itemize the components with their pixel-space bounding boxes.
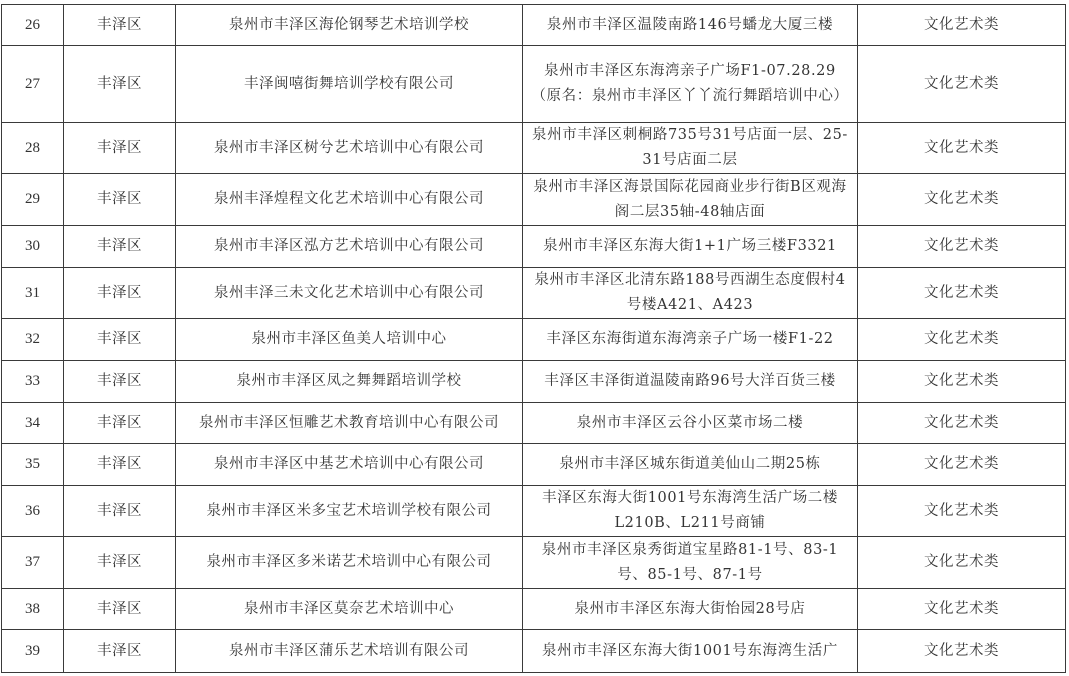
address-cell: 泉州市丰泽区刺桐路735号31号店面一层、25-31号店面二层 <box>523 123 858 174</box>
category-cell: 文化艺术类 <box>858 5 1066 46</box>
district-cell: 丰泽区 <box>64 403 176 444</box>
table-row: 39 丰泽区 泉州市丰泽区蒲乐艺术培训有限公司 泉州市丰泽区东海大街1001号东… <box>2 630 1066 673</box>
row-number-cell: 33 <box>2 361 64 403</box>
table-row: 28 丰泽区 泉州市丰泽区树兮艺术培训中心有限公司 泉州市丰泽区刺桐路735号3… <box>2 123 1066 174</box>
table-row: 35 丰泽区 泉州市丰泽区中基艺术培训中心有限公司 泉州市丰泽区城东街道美仙山二… <box>2 444 1066 486</box>
category-cell: 文化艺术类 <box>858 361 1066 403</box>
category-cell: 文化艺术类 <box>858 403 1066 444</box>
institution-name-cell: 泉州市丰泽区蒲乐艺术培训有限公司 <box>176 630 523 673</box>
table-row: 30 丰泽区 泉州市丰泽区泓方艺术培训中心有限公司 泉州市丰泽区东海大街1+1广… <box>2 226 1066 268</box>
row-number-cell: 39 <box>2 630 64 673</box>
row-number-cell: 37 <box>2 537 64 589</box>
institution-name-cell: 泉州市丰泽区米多宝艺术培训学校有限公司 <box>176 486 523 537</box>
institution-name-cell: 泉州市丰泽区莫奈艺术培训中心 <box>176 589 523 630</box>
address-cell: 泉州市丰泽区北清东路188号西湖生态度假村4号楼A421、A423 <box>523 268 858 319</box>
category-cell: 文化艺术类 <box>858 123 1066 174</box>
table-row: 26 丰泽区 泉州市丰泽区海伦钢琴艺术培训学校 泉州市丰泽区温陵南路146号蟠龙… <box>2 5 1066 46</box>
row-number-cell: 34 <box>2 403 64 444</box>
district-cell: 丰泽区 <box>64 5 176 46</box>
address-cell: 泉州市丰泽区泉秀街道宝星路81-1号、83-1号、85-1号、87-1号 <box>523 537 858 589</box>
address-cell: 泉州市丰泽区东海湾亲子广场F1-07.28.29（原名：泉州市丰泽区丫丫流行舞蹈… <box>523 46 858 123</box>
address-cell: 丰泽区丰泽街道温陵南路96号大洋百货三楼 <box>523 361 858 403</box>
district-cell: 丰泽区 <box>64 46 176 123</box>
category-cell: 文化艺术类 <box>858 486 1066 537</box>
row-number-cell: 36 <box>2 486 64 537</box>
district-cell: 丰泽区 <box>64 174 176 226</box>
table-row: 33 丰泽区 泉州市丰泽区凤之舞舞蹈培训学校 丰泽区丰泽街道温陵南路96号大洋百… <box>2 361 1066 403</box>
category-cell: 文化艺术类 <box>858 444 1066 486</box>
row-number-cell: 35 <box>2 444 64 486</box>
institution-name-cell: 泉州市丰泽区凤之舞舞蹈培训学校 <box>176 361 523 403</box>
address-cell: 泉州市丰泽区温陵南路146号蟠龙大厦三楼 <box>523 5 858 46</box>
institution-name-cell: 泉州丰泽三未文化艺术培训中心有限公司 <box>176 268 523 319</box>
institution-name-cell: 泉州市丰泽区中基艺术培训中心有限公司 <box>176 444 523 486</box>
institution-name-cell: 泉州市丰泽区泓方艺术培训中心有限公司 <box>176 226 523 268</box>
category-cell: 文化艺术类 <box>858 46 1066 123</box>
address-cell: 泉州市丰泽区城东街道美仙山二期25栋 <box>523 444 858 486</box>
address-cell: 丰泽区东海街道东海湾亲子广场一楼F1-22 <box>523 319 858 361</box>
row-number-cell: 27 <box>2 46 64 123</box>
institution-name-cell: 丰泽闽嘻街舞培训学校有限公司 <box>176 46 523 123</box>
institution-name-cell: 泉州市丰泽区树兮艺术培训中心有限公司 <box>176 123 523 174</box>
table-body: 26 丰泽区 泉州市丰泽区海伦钢琴艺术培训学校 泉州市丰泽区温陵南路146号蟠龙… <box>2 5 1066 673</box>
category-cell: 文化艺术类 <box>858 319 1066 361</box>
district-cell: 丰泽区 <box>64 268 176 319</box>
address-cell: 泉州市丰泽区东海大街怡园28号店 <box>523 589 858 630</box>
district-cell: 丰泽区 <box>64 361 176 403</box>
address-cell: 泉州市丰泽区东海大街1+1广场三楼F3321 <box>523 226 858 268</box>
row-number-cell: 28 <box>2 123 64 174</box>
institution-name-cell: 泉州市丰泽区鱼美人培训中心 <box>176 319 523 361</box>
district-cell: 丰泽区 <box>64 123 176 174</box>
address-cell: 泉州市丰泽区云谷小区菜市场二楼 <box>523 403 858 444</box>
district-cell: 丰泽区 <box>64 226 176 268</box>
institution-name-cell: 泉州市丰泽区恒雕艺术教育培训中心有限公司 <box>176 403 523 444</box>
institution-name-cell: 泉州市丰泽区海伦钢琴艺术培训学校 <box>176 5 523 46</box>
table-row: 29 丰泽区 泉州丰泽煌程文化艺术培训中心有限公司 泉州市丰泽区海景国际花园商业… <box>2 174 1066 226</box>
table-row: 27 丰泽区 丰泽闽嘻街舞培训学校有限公司 泉州市丰泽区东海湾亲子广场F1-07… <box>2 46 1066 123</box>
row-number-cell: 38 <box>2 589 64 630</box>
category-cell: 文化艺术类 <box>858 589 1066 630</box>
district-cell: 丰泽区 <box>64 630 176 673</box>
table-row: 37 丰泽区 泉州市丰泽区多米诺艺术培训中心有限公司 泉州市丰泽区泉秀街道宝星路… <box>2 537 1066 589</box>
row-number-cell: 32 <box>2 319 64 361</box>
district-cell: 丰泽区 <box>64 444 176 486</box>
institution-table: 26 丰泽区 泉州市丰泽区海伦钢琴艺术培训学校 泉州市丰泽区温陵南路146号蟠龙… <box>1 4 1066 673</box>
table-row: 31 丰泽区 泉州丰泽三未文化艺术培训中心有限公司 泉州市丰泽区北清东路188号… <box>2 268 1066 319</box>
category-cell: 文化艺术类 <box>858 174 1066 226</box>
district-cell: 丰泽区 <box>64 589 176 630</box>
row-number-cell: 26 <box>2 5 64 46</box>
institution-name-cell: 泉州丰泽煌程文化艺术培训中心有限公司 <box>176 174 523 226</box>
table-row: 38 丰泽区 泉州市丰泽区莫奈艺术培训中心 泉州市丰泽区东海大街怡园28号店 文… <box>2 589 1066 630</box>
category-cell: 文化艺术类 <box>858 537 1066 589</box>
row-number-cell: 30 <box>2 226 64 268</box>
table-row: 34 丰泽区 泉州市丰泽区恒雕艺术教育培训中心有限公司 泉州市丰泽区云谷小区菜市… <box>2 403 1066 444</box>
table-row: 36 丰泽区 泉州市丰泽区米多宝艺术培训学校有限公司 丰泽区东海大街1001号东… <box>2 486 1066 537</box>
category-cell: 文化艺术类 <box>858 630 1066 673</box>
row-number-cell: 31 <box>2 268 64 319</box>
address-cell: 泉州市丰泽区海景国际花园商业步行街B区观海阁二层35轴-48轴店面 <box>523 174 858 226</box>
document-page: 26 丰泽区 泉州市丰泽区海伦钢琴艺术培训学校 泉州市丰泽区温陵南路146号蟠龙… <box>1 4 1065 673</box>
address-cell: 丰泽区东海大街1001号东海湾生活广场二楼L210B、L211号商铺 <box>523 486 858 537</box>
category-cell: 文化艺术类 <box>858 226 1066 268</box>
district-cell: 丰泽区 <box>64 537 176 589</box>
address-cell: 泉州市丰泽区东海大街1001号东海湾生活广 <box>523 630 858 673</box>
row-number-cell: 29 <box>2 174 64 226</box>
institution-name-cell: 泉州市丰泽区多米诺艺术培训中心有限公司 <box>176 537 523 589</box>
table-row: 32 丰泽区 泉州市丰泽区鱼美人培训中心 丰泽区东海街道东海湾亲子广场一楼F1-… <box>2 319 1066 361</box>
category-cell: 文化艺术类 <box>858 268 1066 319</box>
district-cell: 丰泽区 <box>64 486 176 537</box>
district-cell: 丰泽区 <box>64 319 176 361</box>
